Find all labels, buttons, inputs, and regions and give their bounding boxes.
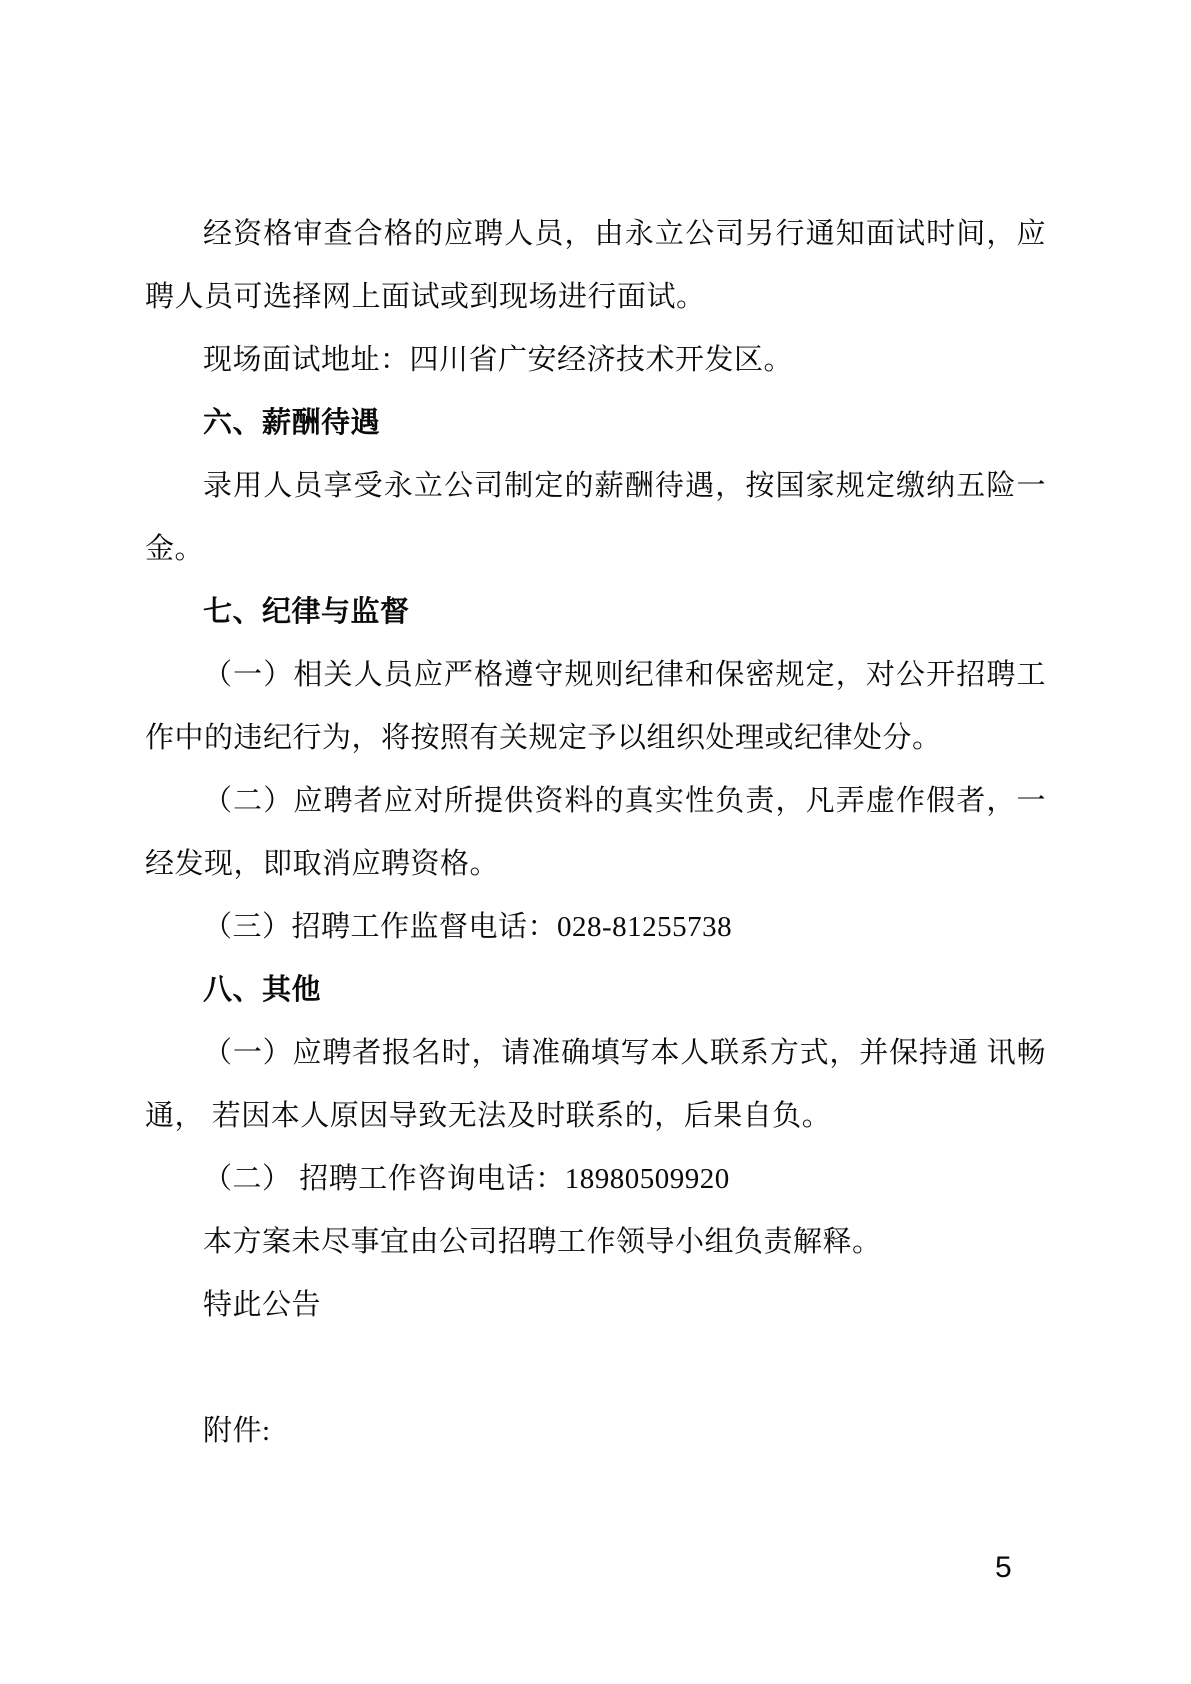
paragraph-salary-detail: 录用人员享受永立公司制定的薪酬待遇，按国家规定缴纳五险一金。 bbox=[145, 455, 1046, 581]
paragraph-discipline-item-2: （二）应聘者应对所提供资料的真实性负责，凡弄虚作假者，一经发现，即取消应聘资格。 bbox=[145, 770, 1046, 896]
paragraph-discipline-item-1: （一）相关人员应严格遵守规则纪律和保密规定，对公开招聘工作中的违纪行为，将按照有… bbox=[145, 644, 1046, 770]
paragraph-announcement: 特此公告 bbox=[145, 1274, 1046, 1337]
document-body: 经资格审查合格的应聘人员，由永立公司另行通知面试时间，应聘人员可选择网上面试或到… bbox=[145, 203, 1046, 1463]
section-heading-other: 八、其他 bbox=[145, 959, 1046, 1022]
section-heading-discipline: 七、纪律与监督 bbox=[145, 581, 1046, 644]
page-number: 5 bbox=[995, 1548, 1012, 1588]
paragraph-interview-notice: 经资格审查合格的应聘人员，由永立公司另行通知面试时间，应聘人员可选择网上面试或到… bbox=[145, 203, 1046, 329]
blank-line bbox=[145, 1337, 1046, 1400]
paragraph-attachment-label: 附件: bbox=[145, 1400, 1046, 1463]
paragraph-other-item-1: （一）应聘者报名时，请准确填写本人联系方式，并保持通 讯畅通， 若因本人原因导致… bbox=[145, 1022, 1046, 1148]
section-heading-salary: 六、薪酬待遇 bbox=[145, 392, 1046, 455]
paragraph-interview-address: 现场面试地址：四川省广安经济技术开发区。 bbox=[145, 329, 1046, 392]
paragraph-consult-phone: （二） 招聘工作咨询电话：18980509920 bbox=[145, 1148, 1046, 1211]
paragraph-interpretation: 本方案未尽事宜由公司招聘工作领导小组负责解释。 bbox=[145, 1211, 1046, 1274]
document-page: 经资格审查合格的应聘人员，由永立公司另行通知面试时间，应聘人员可选择网上面试或到… bbox=[0, 0, 1191, 1684]
paragraph-supervision-phone: （三）招聘工作监督电话：028-81255738 bbox=[145, 896, 1046, 959]
